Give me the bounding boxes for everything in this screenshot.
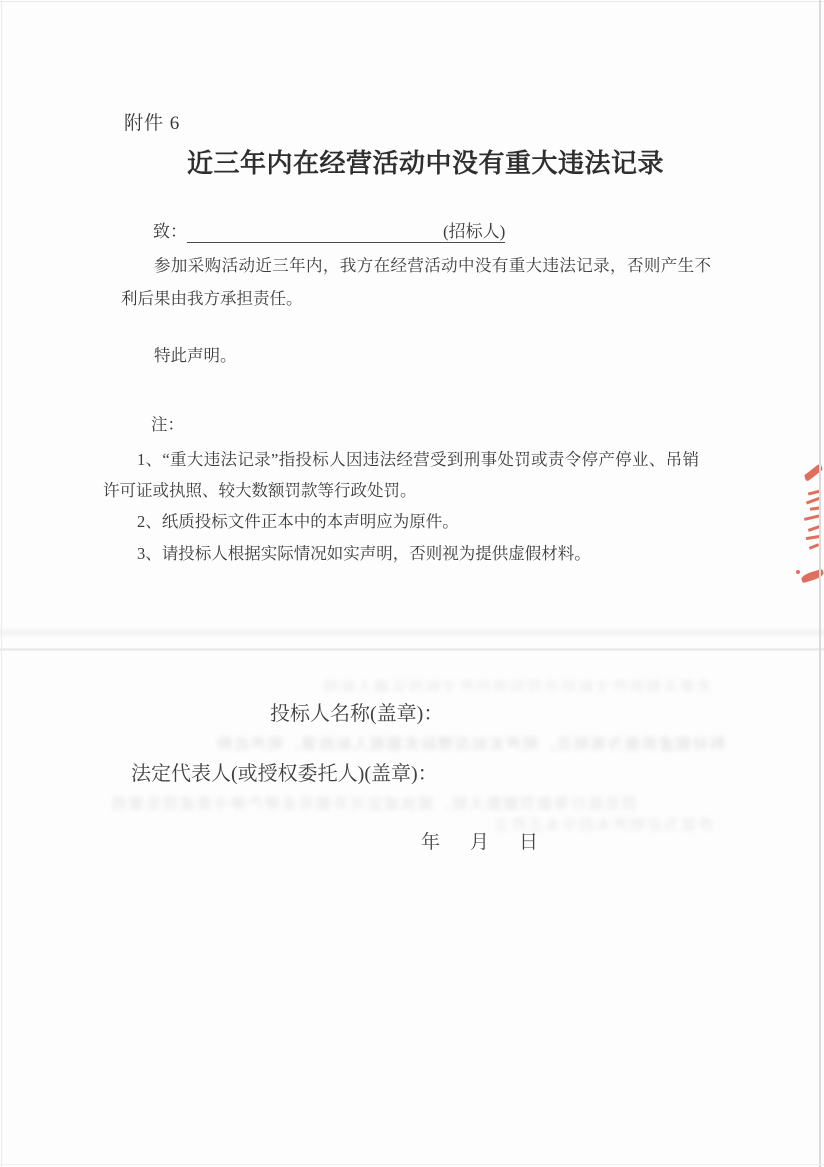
- document-title: 近三年内在经营活动中没有重大违法记录: [187, 143, 664, 180]
- day-label: 日: [519, 827, 538, 854]
- page-edge-left: [1, 0, 2, 1167]
- salutation-line: 致：(招标人): [153, 217, 505, 243]
- attachment-label: 附件 6: [124, 108, 180, 135]
- bleedthrough-text: 罚处政行等款罚额数大较、照执或证可许销吊业停产停令责或罚处事刑: [92, 793, 637, 813]
- salutation-prefix: 致：: [153, 222, 187, 241]
- page-edge-right: [819, 0, 821, 1167]
- note-item-3: 3、请投标人根据实际情况如实声明，否则视为提供虚假材料。: [137, 540, 591, 564]
- scan-seam-line: [0, 648, 824, 651]
- date-line: 年 月 日: [421, 827, 538, 854]
- seal-dot: [796, 570, 800, 574]
- scanned-document-page: 求要关相的件文标招合符均容内件文标投认确人标投 料材假虚供提为视则否，明声实如况…: [0, 0, 824, 1167]
- notes-label: 注：: [151, 411, 184, 435]
- scan-seam-band: [0, 627, 824, 637]
- body-paragraph: 参加采购活动近三年内，我方在经营活动中没有重大违法记录，否则产生不利后果由我方承…: [121, 249, 711, 315]
- note-item-2: 2、纸质投标文件正本中的本声明应为原件。: [137, 508, 459, 532]
- bleedthrough-text: 料材假虚供提为视则否，明声实如况情际实据根人标投请、明声此特: [130, 733, 725, 753]
- note-item-1: 1、“重大违法记录”指投标人因违法经营受到刑事处罚或责令停产停业、吊销许可证或执…: [103, 444, 699, 506]
- seal-stroke: [809, 543, 819, 550]
- page-edge-top: [0, 1, 824, 2]
- declaration-text: 特此声明。: [154, 342, 237, 366]
- seal-stroke: [806, 535, 820, 540]
- month-label: 月: [470, 827, 489, 854]
- legal-representative-label: 法定代表人(或授权委托人)(盖章)：: [131, 757, 438, 786]
- year-label: 年: [421, 827, 440, 854]
- bleedthrough-text: 求要关相的件文标招合符均容内件文标投认确人标投: [112, 676, 712, 692]
- bidder-name-label: 投标人名称(盖章)：: [270, 697, 443, 726]
- recipient-blank-line: [187, 236, 443, 237]
- page-edge-bottom: [0, 1164, 824, 1165]
- recipient-hint: (招标人): [443, 222, 505, 241]
